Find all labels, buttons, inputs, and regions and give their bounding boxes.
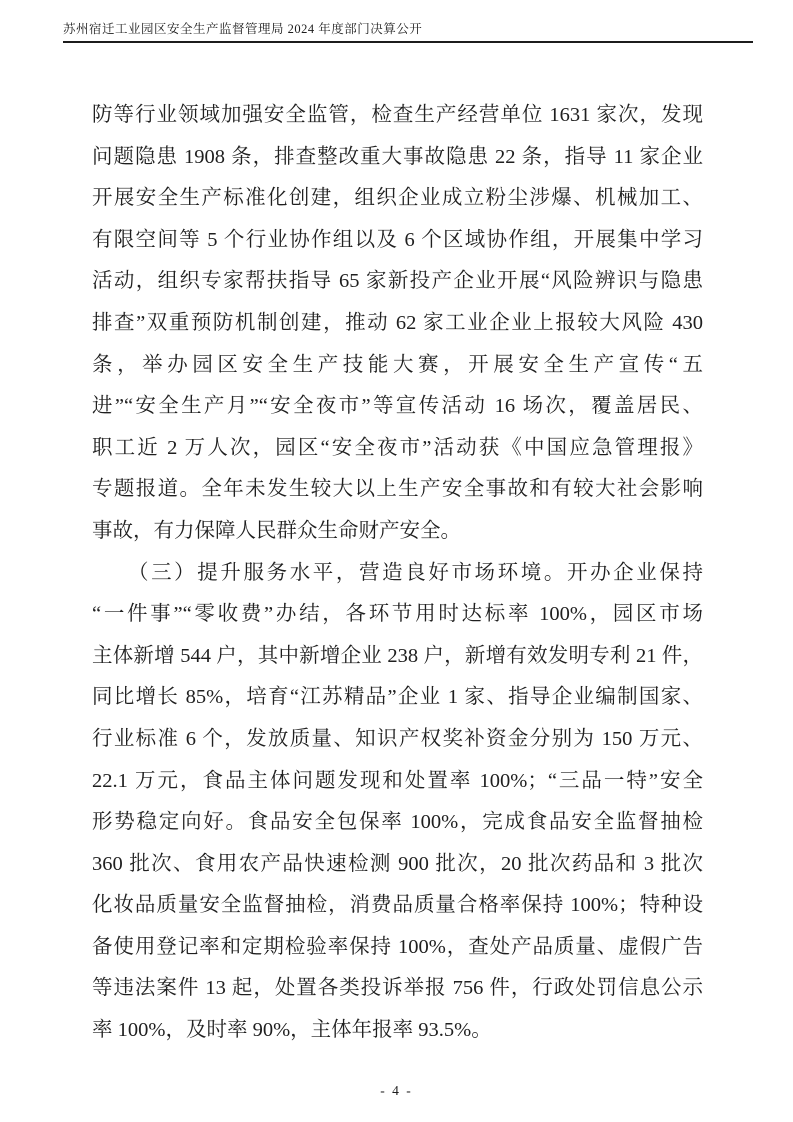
header-title: 苏州宿迁工业园区安全生产监督管理局 2024 年度部门决算公开 [63, 19, 753, 37]
text-line: 形势稳定向好。食品安全包保率 100%，完成食品安全监督抽检 [92, 802, 703, 844]
text-line: 等违法案件 13 起，处置各类投诉举报 756 件，行政处罚信息公示 [92, 968, 703, 1010]
text-line: 职工近 2 万人次，园区“安全夜市”活动获《中国应急管理报》 [92, 428, 703, 470]
paragraph-2: （三）提升服务水平，营造良好市场环境。开办企业保持 “一件事”“零收费”办结，各… [92, 553, 703, 1052]
text-line: 率 100%，及时率 90%，主体年报率 93.5%。 [92, 1010, 703, 1052]
text-line: 行业标准 6 个，发放质量、知识产权奖补资金分别为 150 万元、 [92, 719, 703, 761]
text-line: “一件事”“零收费”办结，各环节用时达标率 100%，园区市场 [92, 594, 703, 636]
text-line: 主体新增 544 户，其中新增企业 238 户，新增有效发明专利 21 件， [92, 636, 703, 678]
text-line: 条，举办园区安全生产技能大赛，开展安全生产宣传“五 [92, 345, 703, 387]
text-line: 活动，组织专家帮扶指导 65 家新投产企业开展“风险辨识与隐患 [92, 261, 703, 303]
text-line: 备使用登记率和定期检验率保持 100%，查处产品质量、虚假广告 [92, 927, 703, 969]
text-line: 有限空间等 5 个行业协作组以及 6 个区域协作组，开展集中学习 [92, 220, 703, 262]
text-line: 问题隐患 1908 条，排查整改重大事故隐患 22 条，指导 11 家企业 [92, 137, 703, 179]
text-line: 排查”双重预防机制创建，推动 62 家工业企业上报较大风险 430 [92, 303, 703, 345]
text-line: 360 批次、食用农产品快速检测 900 批次，20 批次药品和 3 批次 [92, 844, 703, 886]
text-line: 事故，有力保障人民群众生命财产安全。 [92, 511, 703, 553]
text-line: 同比增长 85%，培育“江苏精品”企业 1 家、指导企业编制国家、 [92, 677, 703, 719]
document-body: 防等行业领域加强安全监管，检查生产经营单位 1631 家次，发现 问题隐患 19… [92, 95, 703, 1052]
text-line: 进”“安全生产月”“安全夜市”等宣传活动 16 场次，覆盖居民、 [92, 386, 703, 428]
text-line: 22.1 万元，食品主体问题发现和处置率 100%；“三品一特”安全 [92, 761, 703, 803]
text-line: 防等行业领域加强安全监管，检查生产经营单位 1631 家次，发现 [92, 95, 703, 137]
page-header: 苏州宿迁工业园区安全生产监督管理局 2024 年度部门决算公开 [63, 19, 753, 43]
paragraph-1: 防等行业领域加强安全监管，检查生产经营单位 1631 家次，发现 问题隐患 19… [92, 95, 703, 553]
page-number: - 4 - [380, 1083, 413, 1098]
text-line: 专题报道。全年未发生较大以上生产安全事故和有较大社会影响 [92, 469, 703, 511]
text-line: 开展安全生产标准化创建，组织企业成立粉尘涉爆、机械加工、 [92, 178, 703, 220]
text-line: 化妆品质量安全监督抽检，消费品质量合格率保持 100%；特种设 [92, 885, 703, 927]
page-footer: - 4 - [0, 1082, 793, 1100]
document-page: 苏州宿迁工业园区安全生产监督管理局 2024 年度部门决算公开 防等行业领域加强… [0, 0, 793, 1122]
text-line: （三）提升服务水平，营造良好市场环境。开办企业保持 [92, 553, 703, 595]
